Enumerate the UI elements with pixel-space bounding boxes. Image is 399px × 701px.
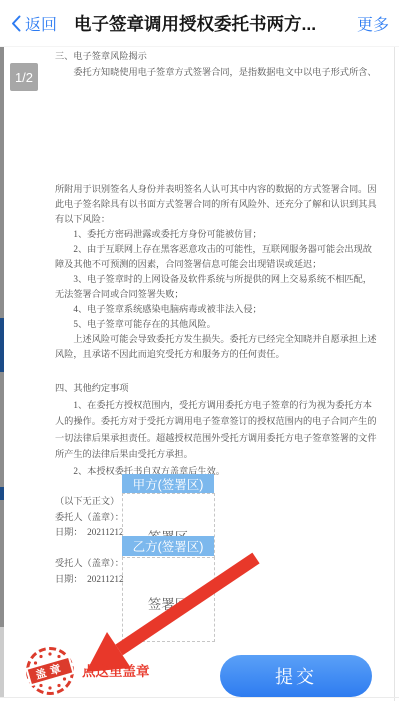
- page-title: 电子签章调用授权委托书两方...: [74, 11, 340, 36]
- document-text-line: 4、电子签章系统感染电脑病毒或被非法入侵；: [55, 302, 381, 317]
- stamp-hint-label: 点这里盖章: [82, 660, 150, 680]
- document-text-line: 委托方知晓使用电子签章方式签署合同，是指数据电文中以电子形式所含、: [55, 65, 381, 81]
- app-screen: 返回 电子签章调用授权委托书两方... 更多 1/2 三、电子签章风险揭示 委托…: [0, 0, 399, 701]
- edge-segment-blue: [0, 487, 4, 500]
- document-text-line: 风险，且承诺不因此而追究受托方和服务方的任何责任。: [55, 347, 381, 362]
- document-text-line: 有以下风险：: [55, 212, 381, 227]
- document-text-line: 障及其他不可预测的因素，合同签署信息可能会出现错误或延迟；: [55, 257, 381, 272]
- submit-button[interactable]: 提交: [220, 655, 372, 697]
- document-page[interactable]: 1/2 三、电子签章风险揭示 委托方知晓使用电子签章方式签署合同，是指数据电文中…: [4, 46, 395, 701]
- trustee-date: 日期： 20211212: [55, 572, 124, 588]
- document-text-line: 四、其他约定事项: [55, 380, 381, 397]
- principal-date: 日期： 20211212: [55, 525, 124, 541]
- back-button[interactable]: 返回: [11, 12, 57, 35]
- edge-segment: [0, 627, 4, 697]
- party-b-badge[interactable]: 乙方(签署区): [122, 536, 214, 556]
- no-body-text: （以下无正文）: [55, 494, 124, 510]
- document-text-line: 1、在委托方授权范围内，受托方调用委托方电子签章的行为视为委托方本: [55, 397, 381, 414]
- trustee-closing-block: 受托人（盖章）： 日期： 20211212: [55, 556, 124, 587]
- document-text-line: 此电子签名除具有以书面方式签署合同的所有风险外、还充分了解和认识到其具: [55, 197, 381, 212]
- party-a-badge[interactable]: 甲方(签署区): [122, 474, 214, 493]
- edge-segment: [0, 500, 4, 627]
- trustee-seal-label: 受托人（盖章）：: [55, 556, 124, 572]
- sign-zone-label-b: 签署区: [122, 593, 214, 613]
- document-text-line: 无法签署合同或合同签署失败；: [55, 287, 381, 302]
- edge-segment: [0, 372, 4, 487]
- document-text-line: 2、由于互联网上存在黑客恶意攻击的可能性，互联网服务器可能会出现故: [55, 242, 381, 257]
- more-button[interactable]: 更多: [357, 12, 389, 35]
- back-label: 返回: [25, 12, 57, 35]
- previous-page-edge: [0, 46, 4, 701]
- back-chevron-icon: [11, 15, 21, 32]
- edge-segment-blue: [0, 318, 4, 372]
- doc-section3-block: 三、电子签章风险揭示 委托方知晓使用电子签章方式签署合同，是指数据电文中以电子形…: [55, 49, 381, 80]
- document-text-line: 2、本授权委托书自双方盖章后生效。: [55, 463, 381, 480]
- document-text-line: 人的操作。委托方对于受托方调用电子签章签订的授权范围内的电子合同产生的: [55, 413, 381, 430]
- document-text-line: 一切法律后果承担责任。超越授权范围外受托方调用委托方电子签章签署的文件: [55, 430, 381, 447]
- doc-risk-block: 所附用于识别签名人身份并表明签名人认可其中内容的数据的方式签署合同。因此电子签名…: [55, 182, 381, 362]
- stamp-icon[interactable]: 盖章: [23, 643, 77, 699]
- principal-closing-block: （以下无正文） 委托人（盖章）： 日期： 20211212: [55, 494, 124, 541]
- document-text-line: 1、委托方密码泄露或委托方身份可能被仿冒；: [55, 227, 381, 242]
- document-text-line: 所产生的法律后果由受托方承担。: [55, 446, 381, 463]
- document-text-line: 所附用于识别签名人身份并表明签名人认可其中内容的数据的方式签署合同。因: [55, 182, 381, 197]
- doc-section4-block: 四、其他约定事项 1、在委托方授权范围内，受托方调用委托方电子签章的行为视为委托…: [55, 380, 381, 479]
- document-text-line: 5、电子签章可能存在的其他风险。: [55, 317, 381, 332]
- principal-seal-label: 委托人（盖章）：: [55, 510, 124, 526]
- navigation-bar: 返回 电子签章调用授权委托书两方... 更多: [0, 0, 399, 47]
- document-text-line: 三、电子签章风险揭示: [55, 49, 381, 65]
- edge-segment: [0, 46, 4, 318]
- document-text-line: 3、电子签章时的上网设备及软件系统与所提供的网上交易系统不相匹配，: [55, 272, 381, 287]
- page-indicator: 1/2: [10, 63, 38, 91]
- document-text-line: 上述风险可能会导致委托方发生损失。委托方已经完全知晓并自愿承担上述: [55, 332, 381, 347]
